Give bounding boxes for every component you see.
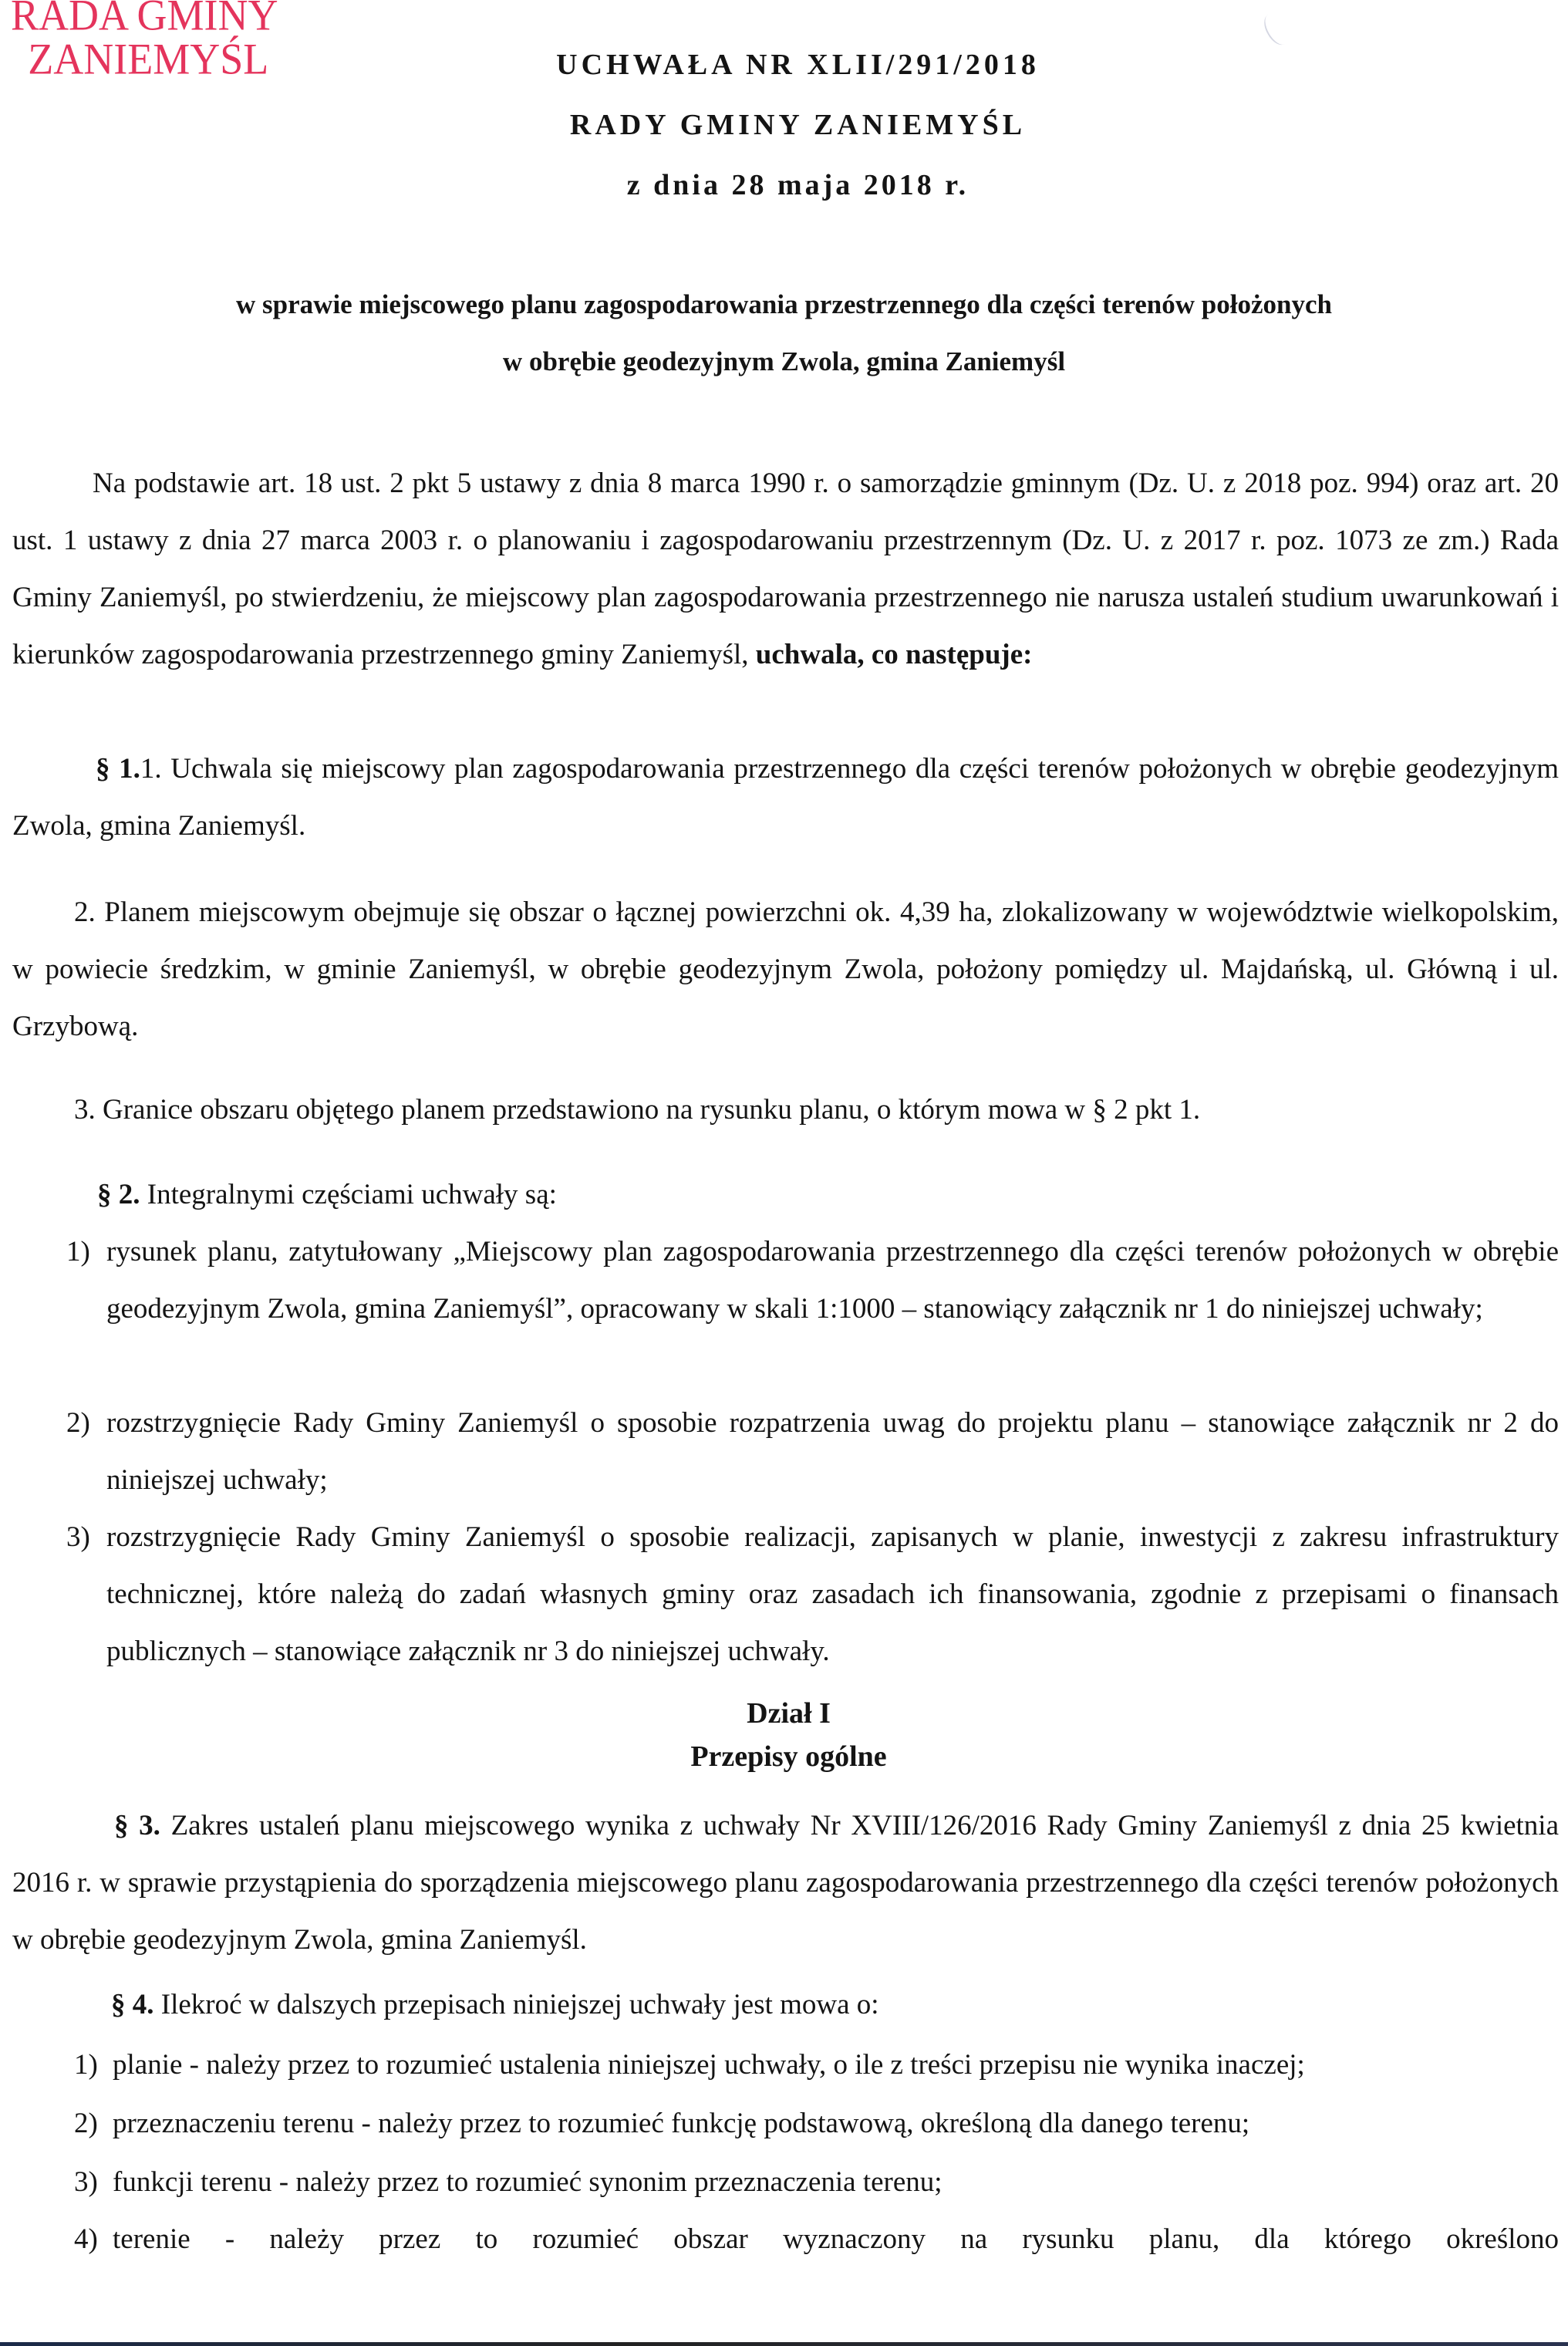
subject-line-1: w sprawie miejscowego planu zagospodarow… [0,276,1568,333]
paragraph-1-section-2: 2. Planem miejscowym obejmuje się obszar… [12,884,1559,1055]
division-subtitle: Przepisy ogólne [5,1737,1568,1776]
paragraph-2-item-2: 2) rozstrzygnięcie Rady Gminy Zaniemyśl … [12,1395,1559,1509]
item-text: rozstrzygnięcie Rady Gminy Zaniemyśl o s… [106,1395,1559,1509]
paragraph-2-item-1: 1) rysunek planu, zatytułowany „Miejscow… [12,1224,1559,1338]
paragraph-2-label: § 2. [97,1179,140,1210]
paragraph-4-label: § 4. [111,1989,154,2020]
paragraph-3: § 3. Zakres ustaleń planu miejscowego wy… [12,1797,1559,1969]
paragraph-1-label: § 1. [96,753,140,785]
paragraph-3-label: § 3. [114,1810,160,1841]
item-number: 3) [66,1509,90,1566]
item-text: planie - należy przez to rozumieć ustale… [113,2037,1559,2094]
item-text: rysunek planu, zatytułowany „Miejscowy p… [106,1224,1559,1338]
resolution-issuer: RADY GMINY ZANIEMYŚL [14,108,1568,142]
paragraph-4-item-1: 1) planie - należy przez to rozumieć ust… [12,2037,1559,2094]
paragraph-1-section-3: 3. Granice obszaru objętego planem przed… [12,1082,1559,1139]
item-number: 1) [74,2037,98,2094]
paragraph-1-point-1-text: Uchwala się miejscowy plan zagospodarowa… [12,753,1559,842]
item-number: 1) [66,1224,90,1281]
paragraph-4-intro-text: Ilekroć w dalszych przepisach niniejszej… [161,1989,879,2020]
item-text: rozstrzygnięcie Rady Gminy Zaniemyśl o s… [106,1509,1559,1680]
scan-artifact-mark [1259,9,1294,49]
paragraph-1-section-1: § 1.1. Uchwala się miejscowy plan zagosp… [12,741,1559,855]
preamble: Na podstawie art. 18 ust. 2 pkt 5 ustawy… [12,455,1559,684]
subject-line-2: w obrębie geodezyjnym Zwola, gmina Zanie… [0,333,1568,390]
division-title: Dział I [5,1694,1568,1733]
paragraph-4-intro: § 4. Ilekroć w dalszych przepisach ninie… [12,1976,1559,2034]
item-text: terenie - należy przez to rozumieć obsza… [113,2211,1559,2268]
paragraph-4-item-3: 3) funkcji terenu - należy przez to rozu… [12,2154,1559,2211]
item-number: 2) [74,2095,98,2152]
resolution-title: UCHWAŁA NR XLII/291/2018 [14,48,1568,82]
page-bottom-edge [0,2342,1568,2346]
item-text: funkcji terenu - należy przez to rozumie… [113,2154,1559,2211]
preamble-enacting-clause: uchwala, co następuje: [756,639,1033,670]
stamp-line-1: RADA GMINY [11,0,278,37]
item-text: przeznaczeniu terenu - należy przez to r… [113,2095,1559,2152]
paragraph-1-point-num: 1. [140,753,162,785]
item-number: 2) [66,1395,90,1452]
paragraph-4-item-4: 4) terenie - należy przez to rozumieć ob… [12,2211,1559,2268]
paragraph-2-intro: § 2. Integralnymi częściami uchwały są: [12,1166,1559,1224]
paragraph-2-intro-text: Integralnymi częściami uchwały są: [147,1179,557,1210]
paragraph-3-text: Zakres ustaleń planu miejscowego wynika … [12,1810,1559,1956]
paragraph-1-point-3-text: 3. Granice obszaru objętego planem przed… [74,1094,1200,1126]
item-number: 3) [74,2154,98,2211]
paragraph-1-point-2-text: 2. Planem miejscowym obejmuje się obszar… [12,896,1559,1042]
paragraph-2-item-3: 3) rozstrzygnięcie Rady Gminy Zaniemyśl … [12,1509,1559,1680]
resolution-date: z dnia 28 maja 2018 r. [14,168,1568,202]
paragraph-4-item-2: 2) przeznaczeniu terenu - należy przez t… [12,2095,1559,2152]
item-number: 4) [74,2211,98,2268]
resolution-subject: w sprawie miejscowego planu zagospodarow… [0,276,1568,390]
